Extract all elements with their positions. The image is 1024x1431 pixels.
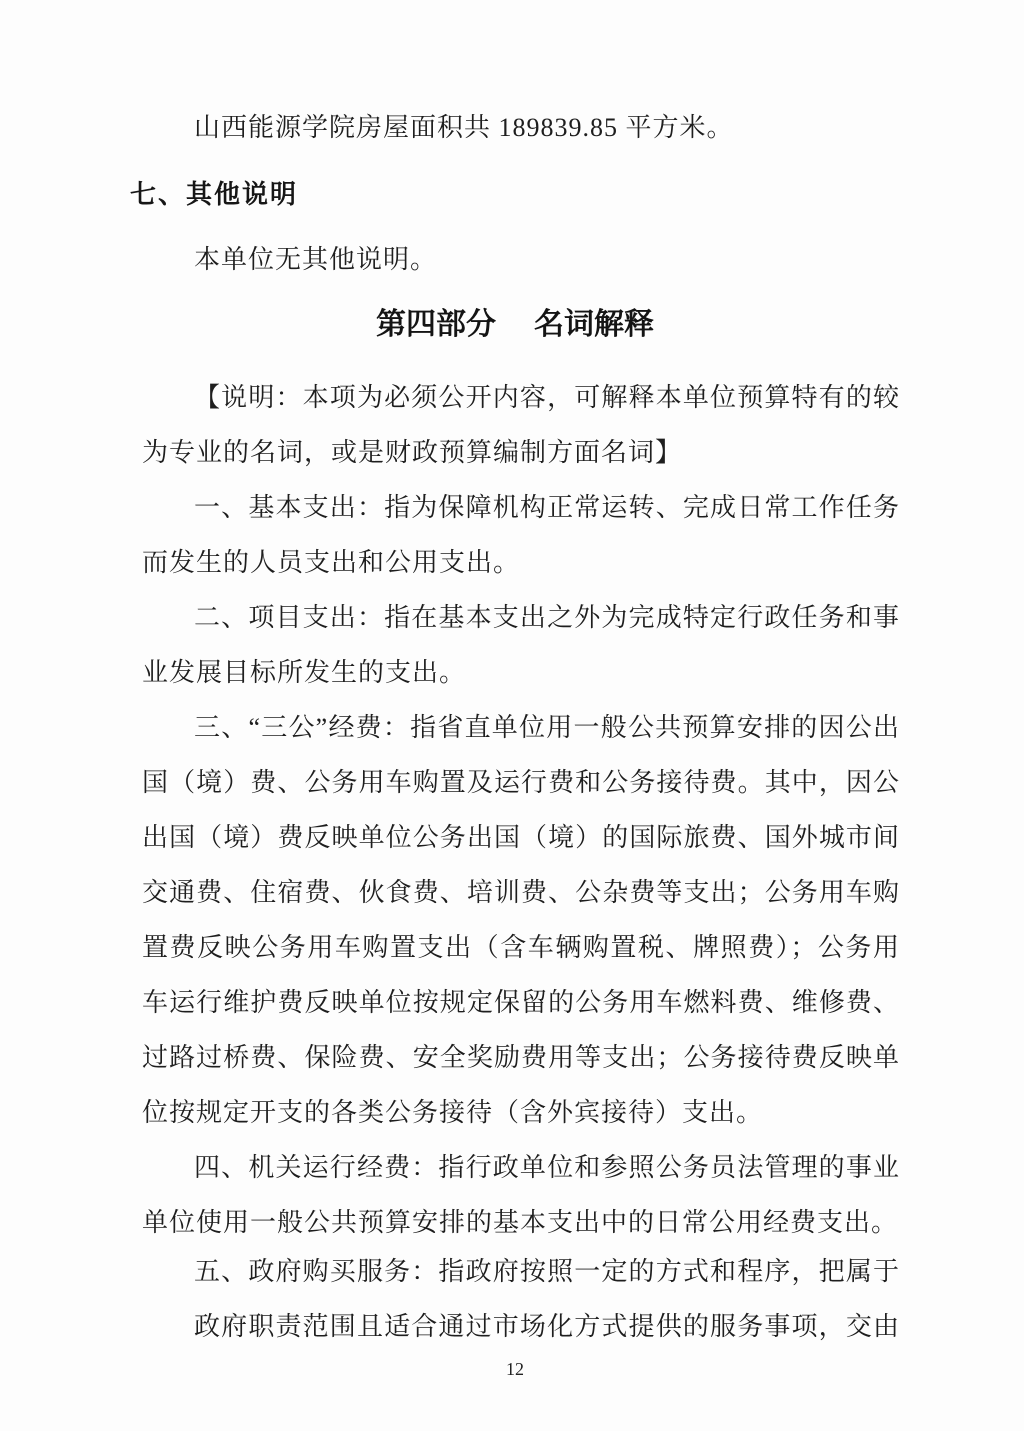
term-project-expenditure: 二、项目支出：指在基本支出之外为完成特定行政任务和事业发展目标所发生的支出。	[142, 590, 900, 700]
page-number: 12	[130, 1358, 900, 1380]
term-basic-expenditure: 一、基本支出：指为保障机构正常运转、完成日常工作任务而发生的人员支出和公用支出。	[142, 480, 900, 590]
paragraph-no-other-notes: 本单位无其他说明。	[142, 232, 900, 287]
part4-title-right: 名词解释	[534, 308, 654, 341]
paragraph-disclosure-note: 【说明：本项为必须公开内容，可解释本单位预算特有的较为专业的名词，或是财政预算编…	[142, 370, 900, 480]
document-page: 山西能源学院房屋面积共 189839.85 平方米。 七、其他说明 本单位无其他…	[0, 0, 1024, 1431]
term-government-purchased-services: 五、政府购买服务：指政府按照一定的方式和程序，把属于政府职责范围且适合通过市场化…	[194, 1244, 900, 1354]
section-heading-other-notes: 七、其他说明	[130, 167, 900, 222]
term-agency-operating-funds: 四、机关运行经费：指行政单位和参照公务员法管理的事业单位使用一般公共预算安排的基…	[142, 1140, 900, 1250]
term-three-public-funds: 三、“三公”经费：指省直单位用一般公共预算安排的因公出国（境）费、公务用车购置及…	[142, 700, 900, 1140]
part4-title: 第四部分名词解释	[130, 297, 900, 352]
part4-title-left: 第四部分	[376, 308, 496, 341]
paragraph-floor-area: 山西能源学院房屋面积共 189839.85 平方米。	[142, 100, 900, 155]
